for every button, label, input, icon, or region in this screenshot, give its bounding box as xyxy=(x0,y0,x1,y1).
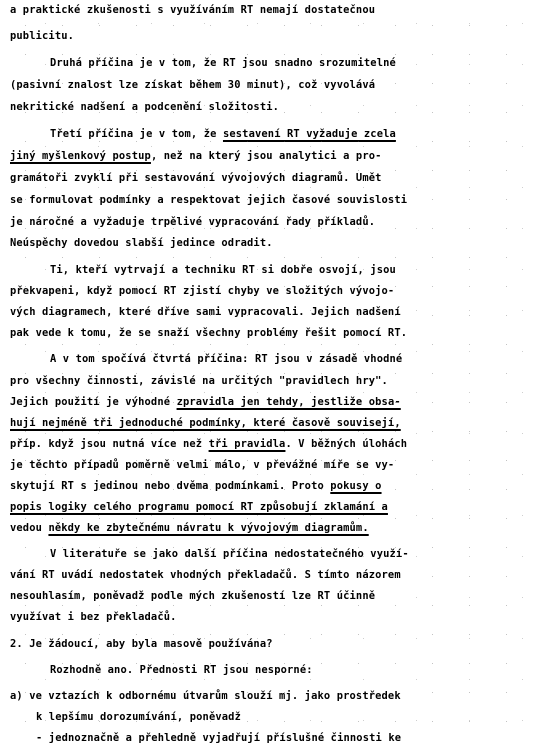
text-line: nesouhlasím, poněvadž podle mých zkušeno… xyxy=(10,589,375,603)
text-line-underlined: vedou někdy ke zbytečnému návratu k vývo… xyxy=(10,521,369,535)
text-line: vých diagramech, které dříve sami vyprac… xyxy=(10,305,401,319)
text-line: překvapeni, když pomocí RT zjistí chyby … xyxy=(10,284,394,298)
list-subitem: - jednoznačně a přehledně vyjadřují přís… xyxy=(36,731,401,745)
text-line: Neúspěchy dovedou slabší jedince odradit… xyxy=(10,236,273,250)
text-line: je náročné a vyžaduje trpělivé vypracová… xyxy=(10,215,375,229)
text-line: Ti, kteří vytrvají a techniku RT si dobř… xyxy=(50,263,396,277)
text-line-underlined: skytují RT s jedinou nebo dvěma podmínka… xyxy=(10,479,382,493)
text-line: Druhá příčina je v tom, že RT jsou snadn… xyxy=(50,56,396,70)
text-line-underlined: Třetí příčina je v tom, že sestavení RT … xyxy=(50,127,396,141)
text-line: je těchto případů poměrně velmi málo, v … xyxy=(10,458,394,472)
text-line: vání RT uvádí nedostatek vhodných překla… xyxy=(10,568,401,582)
text-line: nekritické nadšení a podcenění složitost… xyxy=(10,100,279,114)
text-line: publicitu. xyxy=(10,29,74,43)
text-line-underlined: příp. když jsou nutná více než tři pravi… xyxy=(10,437,407,451)
text-line: a praktické zkušenosti s využíváním RT n… xyxy=(10,3,375,17)
text-line: se formulovat podmínky a respektovat jej… xyxy=(10,193,407,207)
text-line-underlined: jiný myšlenkový postup, než na který jso… xyxy=(10,149,382,163)
text-line: využívat i bez překladačů. xyxy=(10,610,177,624)
text-line: pro všechny činnosti, závislé na určitýc… xyxy=(10,374,388,388)
scanned-document-page: a praktické zkušenosti s využíváním RT n… xyxy=(0,0,543,749)
text-line: A v tom spočívá čtvrtá příčina: RT jsou … xyxy=(50,352,402,366)
text-line-underlined: Jejich použití je výhodné zpravidla jen … xyxy=(10,395,401,409)
text-line: pak vede k tomu, že se snaží všechny pro… xyxy=(10,326,407,340)
text-line: gramátoři zvyklí při sestavování vývojov… xyxy=(10,171,382,185)
text-line: (pasivní znalost lze získat během 30 min… xyxy=(10,78,375,92)
text-line-underlined: hují nejméně tři jednoduché podmínky, kt… xyxy=(10,416,401,430)
list-item-continuation: k lepšímu dorozumívání, poněvadž xyxy=(36,710,241,724)
text-line-underlined: popis logiky celého programu pomocí RT z… xyxy=(10,500,388,514)
question-heading: 2. Je žádoucí, aby byla masově používána… xyxy=(10,637,273,651)
list-item: a) ve vztazích k odbornému útvarům slouž… xyxy=(10,689,401,703)
text-line: Rozhodně ano. Přednosti RT jsou nesporné… xyxy=(50,663,313,677)
text-line: V literatuře se jako další příčina nedos… xyxy=(50,547,409,561)
